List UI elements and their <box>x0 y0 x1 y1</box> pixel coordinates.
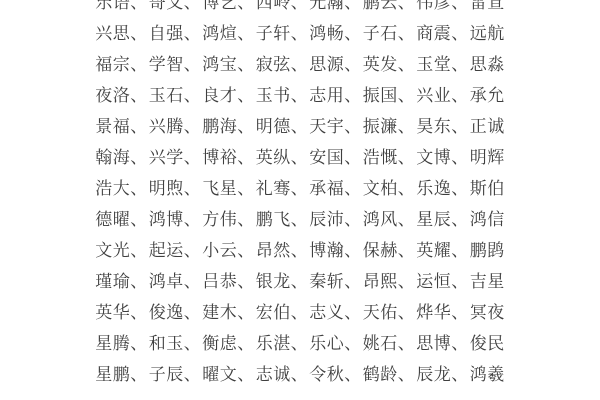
name-separator: 、 <box>344 55 362 74</box>
name-item: 文博 <box>416 148 451 167</box>
name-row: 福宗、学智、鸿宝、寂弦、思源、英发、玉堂、思淼 <box>0 49 600 80</box>
name-separator: 、 <box>291 179 309 198</box>
name-item: 鸿煊 <box>202 24 237 43</box>
name-item: 正诚 <box>470 117 505 136</box>
name-item: 俊民 <box>470 334 505 353</box>
name-item: 思源 <box>309 55 344 74</box>
name-separator: 、 <box>184 272 202 291</box>
name-item: 乐语 <box>95 0 130 12</box>
name-item: 斯伯 <box>470 179 505 198</box>
name-item: 鸿畅 <box>309 24 344 43</box>
name-item: 天宇 <box>309 117 344 136</box>
name-item: 英华 <box>95 303 130 322</box>
name-item: 明煦 <box>149 179 184 198</box>
name-separator: 、 <box>291 148 309 167</box>
name-row: 浩大、明煦、飞星、礼骞、承福、文柏、乐逸、斯伯 <box>0 173 600 204</box>
name-separator: 、 <box>398 272 416 291</box>
name-separator: 、 <box>130 241 148 260</box>
name-separator: 、 <box>344 210 362 229</box>
name-separator: 、 <box>344 303 362 322</box>
name-item: 辰龙 <box>416 365 451 384</box>
name-item: 自强 <box>149 24 184 43</box>
name-separator: 、 <box>184 0 202 12</box>
name-separator: 、 <box>291 86 309 105</box>
name-separator: 、 <box>451 272 469 291</box>
name-item: 星辰 <box>416 210 451 229</box>
name-separator: 、 <box>130 179 148 198</box>
name-separator: 、 <box>451 365 469 384</box>
name-item: 乐逸 <box>416 179 451 198</box>
name-separator: 、 <box>237 117 255 136</box>
name-separator: 、 <box>237 0 255 12</box>
name-separator: 、 <box>291 210 309 229</box>
name-separator: 、 <box>237 179 255 198</box>
name-separator: 、 <box>344 272 362 291</box>
name-item: 文柏 <box>363 179 398 198</box>
name-item: 昂熙 <box>363 272 398 291</box>
name-separator: 、 <box>291 241 309 260</box>
name-separator: 、 <box>344 241 362 260</box>
name-item: 兴业 <box>416 86 451 105</box>
name-item: 玉书 <box>256 86 291 105</box>
name-separator: 、 <box>344 24 362 43</box>
name-separator: 、 <box>237 272 255 291</box>
name-separator: 、 <box>344 334 362 353</box>
name-separator: 、 <box>184 55 202 74</box>
name-item: 飞星 <box>202 179 237 198</box>
name-item: 鹏鹍 <box>470 241 505 260</box>
name-separator: 、 <box>130 0 148 12</box>
name-separator: 、 <box>184 24 202 43</box>
name-separator: 、 <box>398 334 416 353</box>
name-separator: 、 <box>451 241 469 260</box>
name-item: 夜洛 <box>95 86 130 105</box>
name-item: 瑾瑜 <box>95 272 130 291</box>
name-row: 星腾、和玉、衡虑、乐湛、乐心、姚石、思博、俊民 <box>0 328 600 359</box>
name-separator: 、 <box>184 179 202 198</box>
name-item: 起运 <box>149 241 184 260</box>
name-row: 景福、兴腾、鹏海、明德、天宇、振濂、昊东、正诚 <box>0 111 600 142</box>
name-separator: 、 <box>398 86 416 105</box>
name-item: 兴腾 <box>149 117 184 136</box>
name-separator: 、 <box>184 334 202 353</box>
name-separator: 、 <box>451 303 469 322</box>
name-separator: 、 <box>184 303 202 322</box>
name-separator: 、 <box>237 86 255 105</box>
name-separator: 、 <box>130 365 148 384</box>
name-item: 冥夜 <box>470 303 505 322</box>
name-item: 运恒 <box>416 272 451 291</box>
name-item: 鹏海 <box>202 117 237 136</box>
name-item: 昊东 <box>416 117 451 136</box>
name-item: 思淼 <box>470 55 505 74</box>
name-item: 鸿宝 <box>202 55 237 74</box>
name-item: 德曜 <box>95 210 130 229</box>
name-separator: 、 <box>451 210 469 229</box>
name-separator: 、 <box>237 210 255 229</box>
name-item: 承允 <box>470 86 505 105</box>
name-separator: 、 <box>398 24 416 43</box>
name-item: 承福 <box>309 179 344 198</box>
name-separator: 、 <box>130 86 148 105</box>
name-item: 鸿羲 <box>470 365 505 384</box>
name-item: 令秋 <box>309 365 344 384</box>
name-item: 兴思 <box>95 24 130 43</box>
name-row: 翰海、兴学、博裕、英纵、安国、浩慨、文博、明辉 <box>0 142 600 173</box>
name-item: 福宗 <box>95 55 130 74</box>
name-item: 银龙 <box>256 272 291 291</box>
name-item: 俊逸 <box>149 303 184 322</box>
name-separator: 、 <box>291 117 309 136</box>
name-item: 鸿信 <box>470 210 505 229</box>
name-separator: 、 <box>451 179 469 198</box>
name-item: 英发 <box>363 55 398 74</box>
name-item: 子轩 <box>256 24 291 43</box>
name-separator: 、 <box>184 86 202 105</box>
name-row: 德曜、鸿博、方伟、鹏飞、辰沛、鸿风、星辰、鸿信 <box>0 204 600 235</box>
name-row: 夜洛、玉石、良才、玉书、志用、振国、兴业、承允 <box>0 80 600 111</box>
name-item: 伟彦 <box>416 0 451 12</box>
name-item: 志用 <box>309 86 344 105</box>
name-item: 英纵 <box>256 148 291 167</box>
name-separator: 、 <box>451 148 469 167</box>
name-separator: 、 <box>398 303 416 322</box>
name-item: 昂然 <box>256 241 291 260</box>
name-row: 兴思、自强、鸿煊、子轩、鸿畅、子石、商震、远航 <box>0 18 600 49</box>
name-separator: 、 <box>398 210 416 229</box>
name-separator: 、 <box>130 24 148 43</box>
name-item: 鹏云 <box>363 0 398 12</box>
name-separator: 、 <box>291 0 309 12</box>
name-item: 宏伯 <box>256 303 291 322</box>
name-separator: 、 <box>451 334 469 353</box>
name-separator: 、 <box>291 303 309 322</box>
name-item: 姚石 <box>363 334 398 353</box>
name-item: 博瀚 <box>309 241 344 260</box>
name-item: 鸿风 <box>363 210 398 229</box>
name-separator: 、 <box>451 86 469 105</box>
name-item: 博裕 <box>202 148 237 167</box>
name-separator: 、 <box>237 148 255 167</box>
name-item: 玉石 <box>149 86 184 105</box>
name-row: 英华、俊逸、建木、宏伯、志义、天佑、烨华、冥夜 <box>0 297 600 328</box>
name-separator: 、 <box>291 55 309 74</box>
name-item: 鸿博 <box>149 210 184 229</box>
name-separator: 、 <box>398 55 416 74</box>
name-separator: 、 <box>398 241 416 260</box>
name-item: 良才 <box>202 86 237 105</box>
name-item: 明德 <box>256 117 291 136</box>
name-separator: 、 <box>451 55 469 74</box>
name-item: 衡虑 <box>202 334 237 353</box>
name-separator: 、 <box>398 365 416 384</box>
name-item: 振国 <box>363 86 398 105</box>
name-item: 吕恭 <box>202 272 237 291</box>
name-item: 鹤龄 <box>363 365 398 384</box>
name-item: 思博 <box>416 334 451 353</box>
name-separator: 、 <box>344 179 362 198</box>
name-separator: 、 <box>344 86 362 105</box>
name-separator: 、 <box>237 303 255 322</box>
name-item: 小云 <box>202 241 237 260</box>
name-item: 商震 <box>416 24 451 43</box>
name-item: 明辉 <box>470 148 505 167</box>
name-separator: 、 <box>130 272 148 291</box>
name-item: 安国 <box>309 148 344 167</box>
name-item: 曜文 <box>202 365 237 384</box>
name-separator: 、 <box>291 24 309 43</box>
name-item: 景福 <box>95 117 130 136</box>
name-item: 乐心 <box>309 334 344 353</box>
name-row: 乐语、哥文、博艺、西岭、光瀚、鹏云、伟彦、雷宣 <box>0 0 600 18</box>
name-row: 瑾瑜、鸿卓、吕恭、银龙、秦斩、昂熙、运恒、吉星 <box>0 266 600 297</box>
name-item: 哥文 <box>149 0 184 12</box>
name-item: 兴学 <box>149 148 184 167</box>
name-separator: 、 <box>130 303 148 322</box>
name-item: 辰沛 <box>309 210 344 229</box>
name-item: 文光 <box>95 241 130 260</box>
name-separator: 、 <box>237 241 255 260</box>
name-item: 保赫 <box>363 241 398 260</box>
name-item: 雷宣 <box>470 0 505 12</box>
name-separator: 、 <box>398 179 416 198</box>
name-item: 子辰 <box>149 365 184 384</box>
name-item: 天佑 <box>363 303 398 322</box>
name-separator: 、 <box>344 117 362 136</box>
document-page: 乐语、哥文、博艺、西岭、光瀚、鹏云、伟彦、雷宣兴思、自强、鸿煊、子轩、鸿畅、子石… <box>0 0 600 390</box>
name-item: 博艺 <box>202 0 237 12</box>
name-item: 星腾 <box>95 334 130 353</box>
name-item: 和玉 <box>149 334 184 353</box>
name-separator: 、 <box>398 148 416 167</box>
name-separator: 、 <box>291 334 309 353</box>
name-item: 志诚 <box>256 365 291 384</box>
name-item: 玉堂 <box>416 55 451 74</box>
name-separator: 、 <box>130 55 148 74</box>
name-separator: 、 <box>130 117 148 136</box>
name-separator: 、 <box>398 0 416 12</box>
name-separator: 、 <box>237 55 255 74</box>
name-separator: 、 <box>398 117 416 136</box>
name-item: 西岭 <box>256 0 291 12</box>
name-item: 翰海 <box>95 148 130 167</box>
name-separator: 、 <box>184 241 202 260</box>
name-item: 礼骞 <box>256 179 291 198</box>
name-item: 乐湛 <box>256 334 291 353</box>
name-item: 烨华 <box>416 303 451 322</box>
name-separator: 、 <box>130 148 148 167</box>
name-item: 远航 <box>470 24 505 43</box>
name-separator: 、 <box>344 148 362 167</box>
name-item: 建木 <box>202 303 237 322</box>
name-row: 文光、起运、小云、昂然、博瀚、保赫、英耀、鹏鹍 <box>0 235 600 266</box>
name-separator: 、 <box>451 0 469 12</box>
name-separator: 、 <box>237 365 255 384</box>
name-separator: 、 <box>451 24 469 43</box>
name-item: 秦斩 <box>309 272 344 291</box>
name-item: 星鹏 <box>95 365 130 384</box>
name-separator: 、 <box>130 334 148 353</box>
name-item: 寂弦 <box>256 55 291 74</box>
name-item: 吉星 <box>470 272 505 291</box>
name-separator: 、 <box>184 210 202 229</box>
name-item: 鹏飞 <box>256 210 291 229</box>
name-item: 子石 <box>363 24 398 43</box>
name-separator: 、 <box>184 148 202 167</box>
name-item: 学智 <box>149 55 184 74</box>
name-item: 志义 <box>309 303 344 322</box>
name-separator: 、 <box>184 117 202 136</box>
name-item: 鸿卓 <box>149 272 184 291</box>
name-separator: 、 <box>184 365 202 384</box>
name-separator: 、 <box>237 24 255 43</box>
name-separator: 、 <box>291 365 309 384</box>
name-row: 星鹏、子辰、曜文、志诚、令秋、鹤龄、辰龙、鸿羲 <box>0 359 600 390</box>
name-separator: 、 <box>237 334 255 353</box>
name-item: 振濂 <box>363 117 398 136</box>
name-item: 浩慨 <box>363 148 398 167</box>
name-separator: 、 <box>344 0 362 12</box>
name-separator: 、 <box>291 272 309 291</box>
name-item: 英耀 <box>416 241 451 260</box>
name-separator: 、 <box>451 117 469 136</box>
name-separator: 、 <box>130 210 148 229</box>
name-item: 光瀚 <box>309 0 344 12</box>
name-item: 方伟 <box>202 210 237 229</box>
name-item: 浩大 <box>95 179 130 198</box>
name-separator: 、 <box>344 365 362 384</box>
